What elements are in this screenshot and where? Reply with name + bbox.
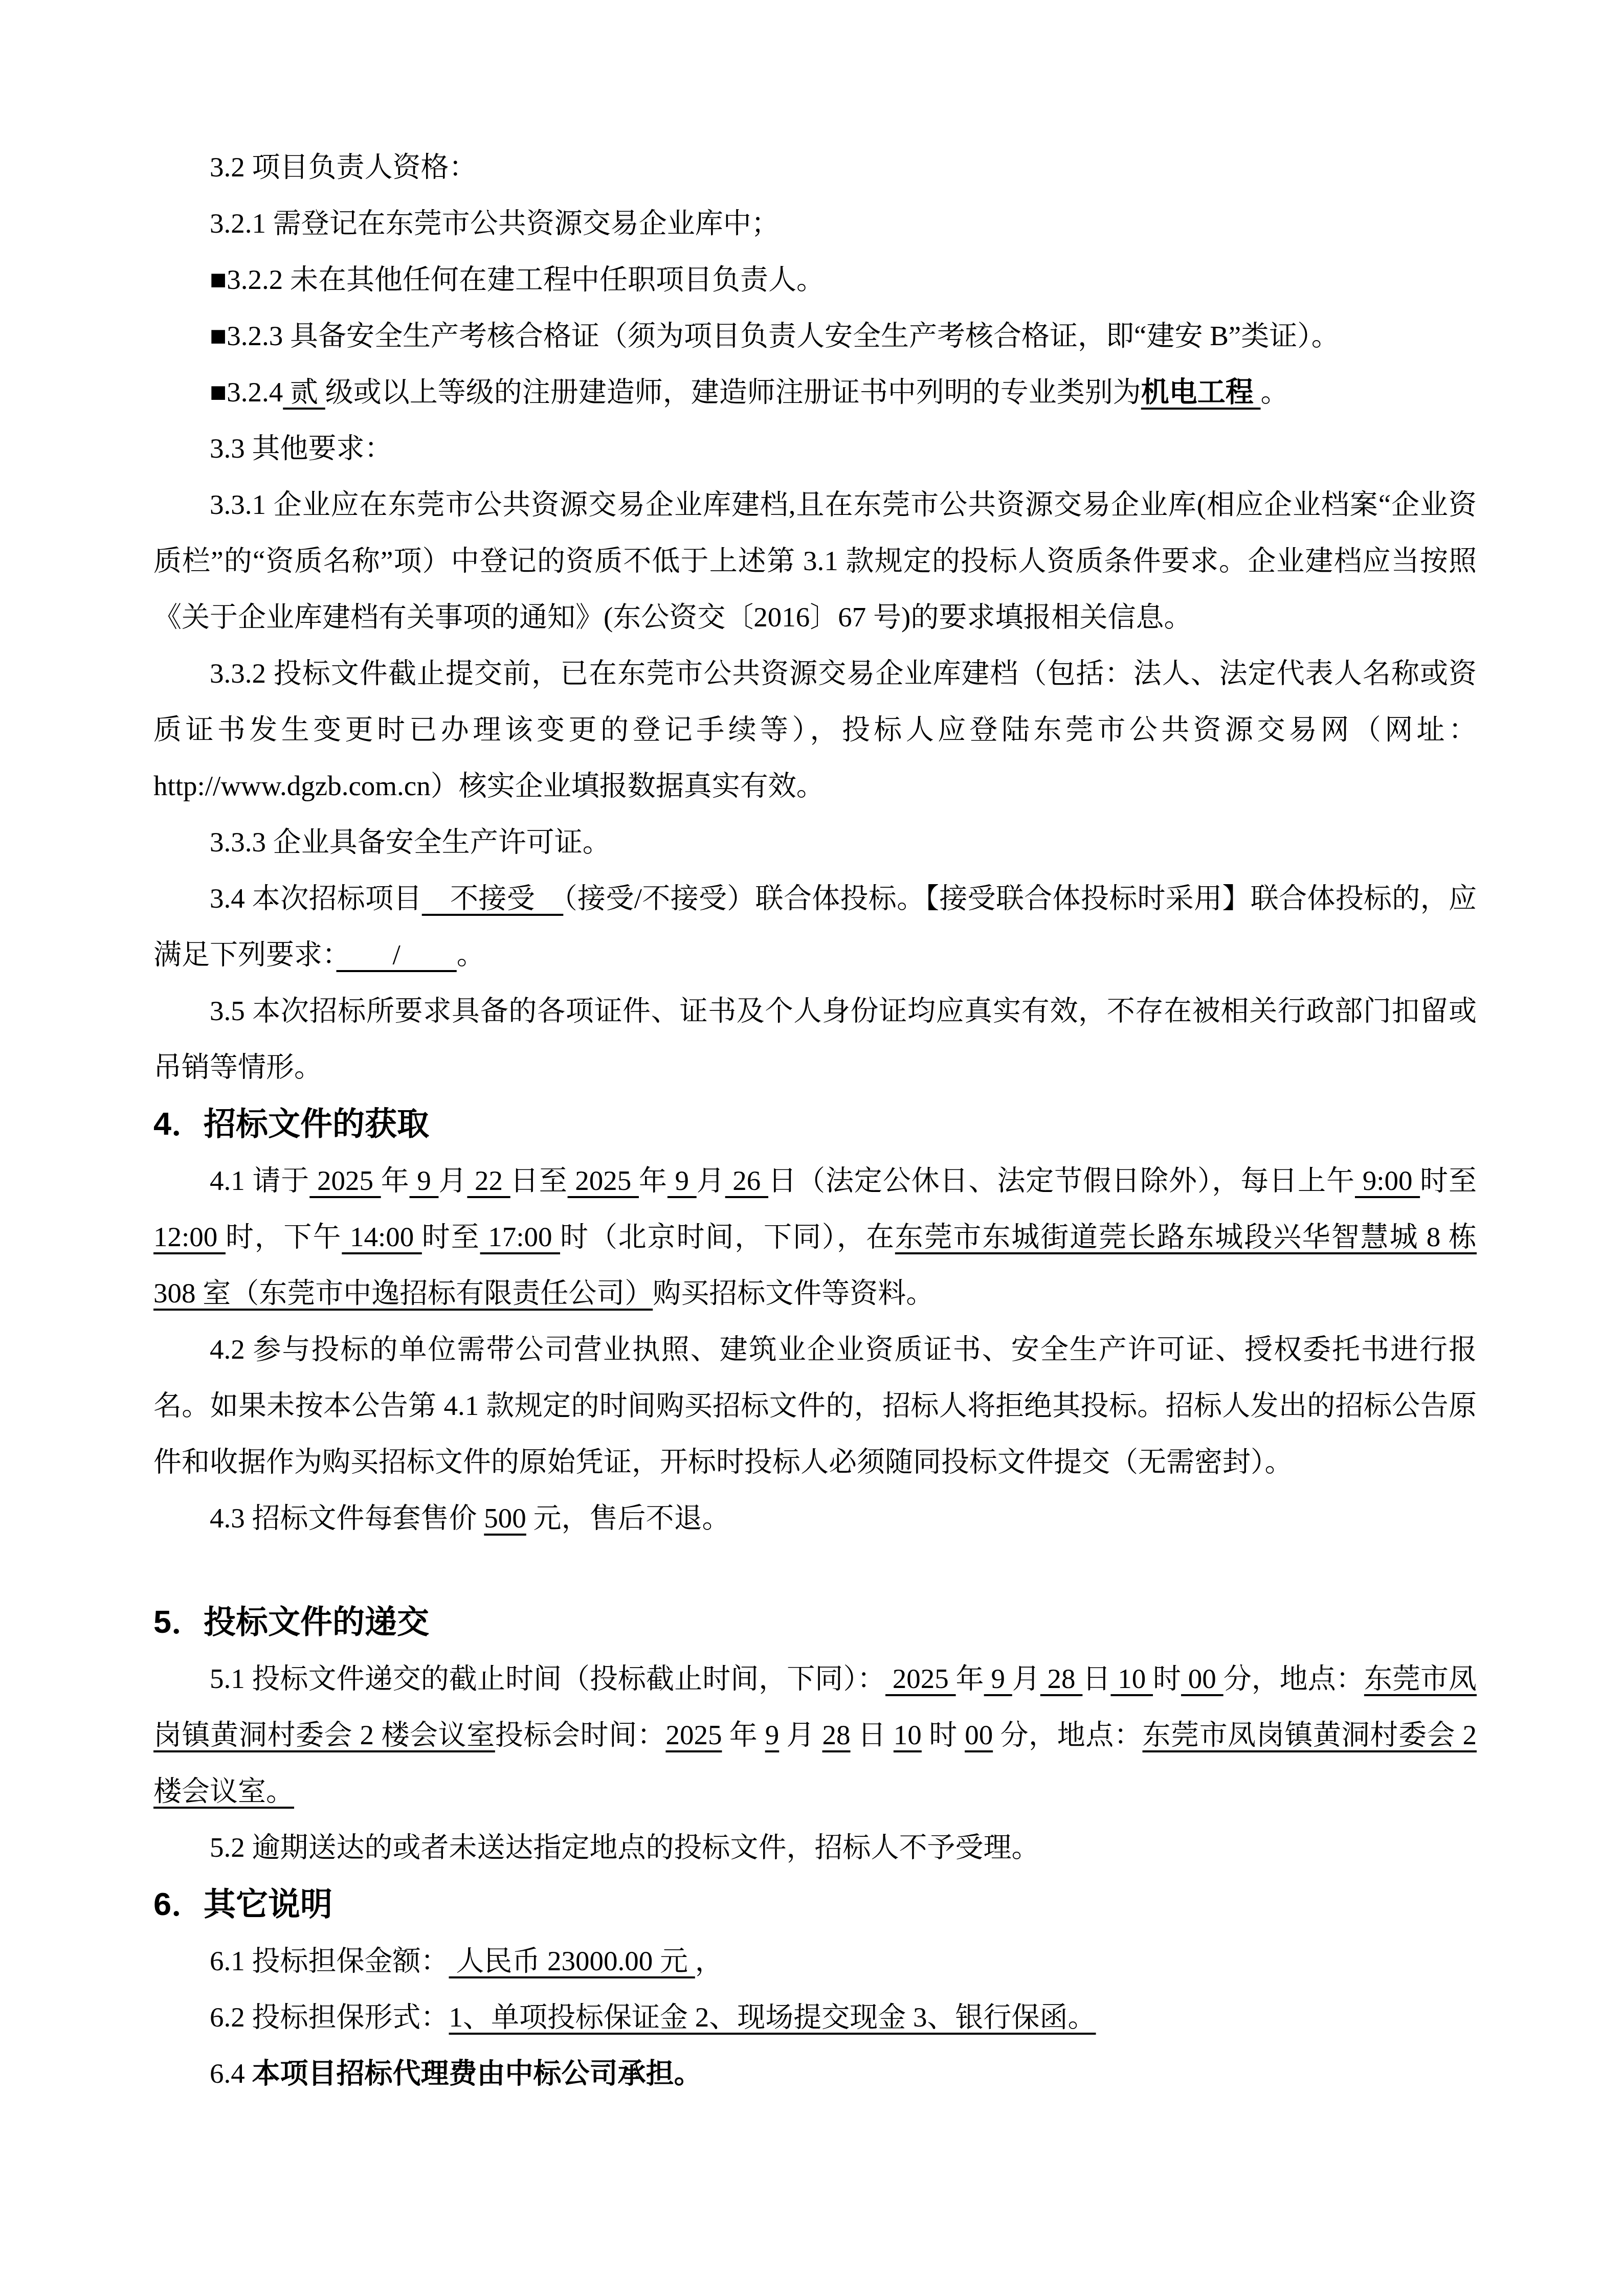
- text-segment: 投标会时间：: [495, 1719, 666, 1750]
- text-segment: 4.2 参与投标的单位需带公司营业执照、建筑业企业资质证书、安全生产许可证、授权…: [153, 1334, 1477, 1477]
- clause-3-3-3: 3.3.3 企业具备安全生产许可证。: [153, 814, 1477, 870]
- text-segment: 年: [956, 1663, 984, 1694]
- section-4-heading: 4．招标文件的获取: [153, 1095, 1477, 1153]
- filled-blank: 9: [668, 1165, 697, 1196]
- text-segment: 月: [1012, 1663, 1040, 1694]
- filled-blank: 9: [984, 1663, 1012, 1694]
- clause-3-4: 3.4 本次招标项目 不接受 （接受/不接受）联合体投标。【接受联合体投标时采用…: [153, 870, 1477, 983]
- filled-blank: 26: [725, 1165, 768, 1196]
- clause-3-2-2: ■3.2.2 未在其他任何在建工程中任职项目负责人。: [153, 252, 1477, 308]
- text-segment: 时，下午: [226, 1221, 342, 1252]
- text-segment: 6.2 投标担保形式：: [210, 2001, 449, 2033]
- text-segment: 时（北京时间，下同），在: [560, 1221, 895, 1252]
- clause-3-3-2: 3.3.2 投标文件截止提交前，已在东莞市公共资源交易企业库建档（包括：法人、法…: [153, 645, 1477, 814]
- text-segment: 日（法定公休日、法定节假日除外），每日上午: [768, 1165, 1355, 1196]
- text-segment: 3.3 其他要求：: [210, 433, 393, 464]
- text-segment: 年: [639, 1165, 668, 1196]
- filled-blank: 2025: [665, 1719, 722, 1750]
- text-segment: 3.2 项目负责人资格：: [210, 151, 477, 183]
- text-segment: 3.2.1 需登记在东莞市公共资源交易企业库中；: [210, 208, 780, 239]
- clause-4-3: 4.3 招标文件每套售价 500 元，售后不退。: [153, 1490, 1477, 1546]
- clause-3-3: 3.3 其他要求：: [153, 420, 1477, 477]
- filled-blank: 9: [765, 1719, 780, 1750]
- filled-blank: 10: [894, 1719, 922, 1750]
- filled-blank: 14:00: [342, 1221, 422, 1252]
- document-page: 3.2 项目负责人资格：3.2.1 需登记在东莞市公共资源交易企业库中；■3.2…: [0, 0, 1624, 2296]
- clause-5-2: 5.2 逾期送达的或者未送达指定地点的投标文件，招标人不予受理。: [153, 1819, 1477, 1876]
- clause-6-4: 6.4 本项目招标代理费由中标公司承担。: [153, 2045, 1477, 2102]
- filled-blank: 10: [1110, 1663, 1153, 1694]
- filled-blank: 12:00: [153, 1221, 226, 1252]
- text-segment: ，: [695, 1945, 723, 1976]
- section-5-heading: 5．投标文件的递交: [153, 1593, 1477, 1651]
- filled-blank: 2025: [885, 1663, 956, 1694]
- text-segment: 3.3.3 企业具备安全生产许可证。: [210, 826, 611, 858]
- text-segment: 日: [1082, 1663, 1110, 1694]
- text-segment: ■3.2.4: [210, 376, 283, 408]
- text-segment: 时: [922, 1719, 965, 1750]
- text-segment: 4.3 招标文件每套售价: [210, 1502, 484, 1534]
- clause-3-5: 3.5 本次招标所要求具备的各项证件、证书及个人身份证均应真实有效，不存在被相关…: [153, 983, 1477, 1095]
- clause-4-2: 4.2 参与投标的单位需带公司营业执照、建筑业企业资质证书、安全生产许可证、授权…: [153, 1321, 1477, 1490]
- text-segment: 5．投标文件的递交: [153, 1604, 429, 1640]
- filled-blank: 28: [1040, 1663, 1083, 1694]
- text-segment: 分，地点：: [1223, 1663, 1364, 1694]
- filled-blank: 22: [467, 1165, 510, 1196]
- filled-blank: 28: [822, 1719, 851, 1750]
- text-segment: 3.4 本次招标项目: [210, 883, 422, 914]
- filled-blank: 00: [965, 1719, 993, 1750]
- filled-blank: 1、单项投标保证金 2、现场提交现金 3、银行保函。: [449, 2001, 1096, 2033]
- text-segment: 分，地点：: [993, 1719, 1142, 1750]
- text-segment: 购买招标文件等资料。: [653, 1277, 934, 1309]
- clause-6-1: 6.1 投标担保金额： 人民币 23000.00 元 ，: [153, 1933, 1477, 1989]
- clause-3-2-1: 3.2.1 需登记在东莞市公共资源交易企业库中；: [153, 195, 1477, 252]
- text-segment: 3.3.2 投标文件截止提交前，已在东莞市公共资源交易企业库建档（包括：法人、法…: [153, 658, 1477, 801]
- text-segment: 4.1 请于: [210, 1165, 309, 1196]
- text-segment: 时至: [422, 1221, 480, 1252]
- text-segment: 6.1 投标担保金额：: [210, 1945, 449, 1976]
- clause-3-3-1: 3.3.1 企业应在东莞市公共资源交易企业库建档,且在东莞市公共资源交易企业库(…: [153, 477, 1477, 645]
- filled-blank: 不接受: [422, 883, 564, 914]
- text-segment: 级或以上等级的注册建造师，建造师注册证书中列明的专业类别为: [325, 376, 1141, 408]
- text-segment: 元，售后不退。: [526, 1502, 730, 1534]
- text-segment: 月: [779, 1719, 822, 1750]
- text-segment: ■3.2.2 未在其他任何在建工程中任职项目负责人。: [210, 264, 825, 295]
- filled-blank: 机电工程: [1141, 376, 1261, 408]
- clause-4-1: 4.1 请于 2025 年 9 月 22 日至 2025 年 9 月 26 日（…: [153, 1153, 1477, 1321]
- clause-3-2-3: ■3.2.3 具备安全生产考核合格证（须为项目负责人安全生产考核合格证，即“建安…: [153, 308, 1477, 364]
- text-segment: 时: [1153, 1663, 1181, 1694]
- filled-blank: 9: [410, 1165, 439, 1196]
- document-body: 3.2 项目负责人资格：3.2.1 需登记在东莞市公共资源交易企业库中；■3.2…: [153, 139, 1477, 2102]
- clause-3-2-4: ■3.2.4 贰 级或以上等级的注册建造师，建造师注册证书中列明的专业类别为机电…: [153, 364, 1477, 420]
- text-segment: 6.4: [210, 2058, 252, 2089]
- section-6-heading: 6．其它说明: [153, 1876, 1477, 1933]
- text-segment: 月: [697, 1165, 725, 1196]
- text-segment: 。: [1261, 376, 1289, 408]
- text-segment: 6．其它说明: [153, 1886, 332, 1922]
- filled-blank: 贰: [283, 376, 325, 408]
- text-segment: 3.5 本次招标所要求具备的各项证件、证书及个人身份证均应真实有效，不存在被相关…: [153, 995, 1477, 1083]
- filled-blank: 2025: [568, 1165, 639, 1196]
- text-segment: 5.2 逾期送达的或者未送达指定地点的投标文件，招标人不予受理。: [210, 1832, 1040, 1863]
- text-segment: 本项目招标代理费由中标公司承担。: [252, 2058, 702, 2089]
- text-segment: 4．招标文件的获取: [153, 1106, 429, 1142]
- text-segment: ■3.2.3 具备安全生产考核合格证（须为项目负责人安全生产考核合格证，即“建安…: [210, 320, 1340, 351]
- text-segment: 年: [722, 1719, 765, 1750]
- filled-blank: 17:00: [480, 1221, 561, 1252]
- clause-5-1: 5.1 投标文件递交的截止时间（投标截止时间，下同）： 2025 年 9 月 2…: [153, 1651, 1477, 1819]
- clause-6-2: 6.2 投标担保形式：1、单项投标保证金 2、现场提交现金 3、银行保函。: [153, 1989, 1477, 2045]
- filled-blank: 00: [1181, 1663, 1223, 1694]
- clause-3-2: 3.2 项目负责人资格：: [153, 139, 1477, 195]
- text-segment: 3.3.1 企业应在东莞市公共资源交易企业库建档,且在东莞市公共资源交易企业库(…: [153, 489, 1477, 633]
- filled-blank: 2025: [309, 1165, 381, 1196]
- text-segment: 日至: [510, 1165, 568, 1196]
- filled-blank: 人民币 23000.00 元: [449, 1945, 695, 1976]
- text-segment: 日: [851, 1719, 894, 1750]
- text-segment: 年: [381, 1165, 410, 1196]
- text-segment: 。: [457, 939, 485, 970]
- filled-blank: /: [337, 939, 457, 970]
- filled-blank: 9:00: [1355, 1165, 1420, 1196]
- text-segment: 5.1 投标文件递交的截止时间（投标截止时间，下同）：: [210, 1663, 885, 1694]
- text-segment: 时至: [1420, 1165, 1477, 1196]
- filled-blank: 500: [484, 1502, 526, 1534]
- text-segment: 月: [438, 1165, 467, 1196]
